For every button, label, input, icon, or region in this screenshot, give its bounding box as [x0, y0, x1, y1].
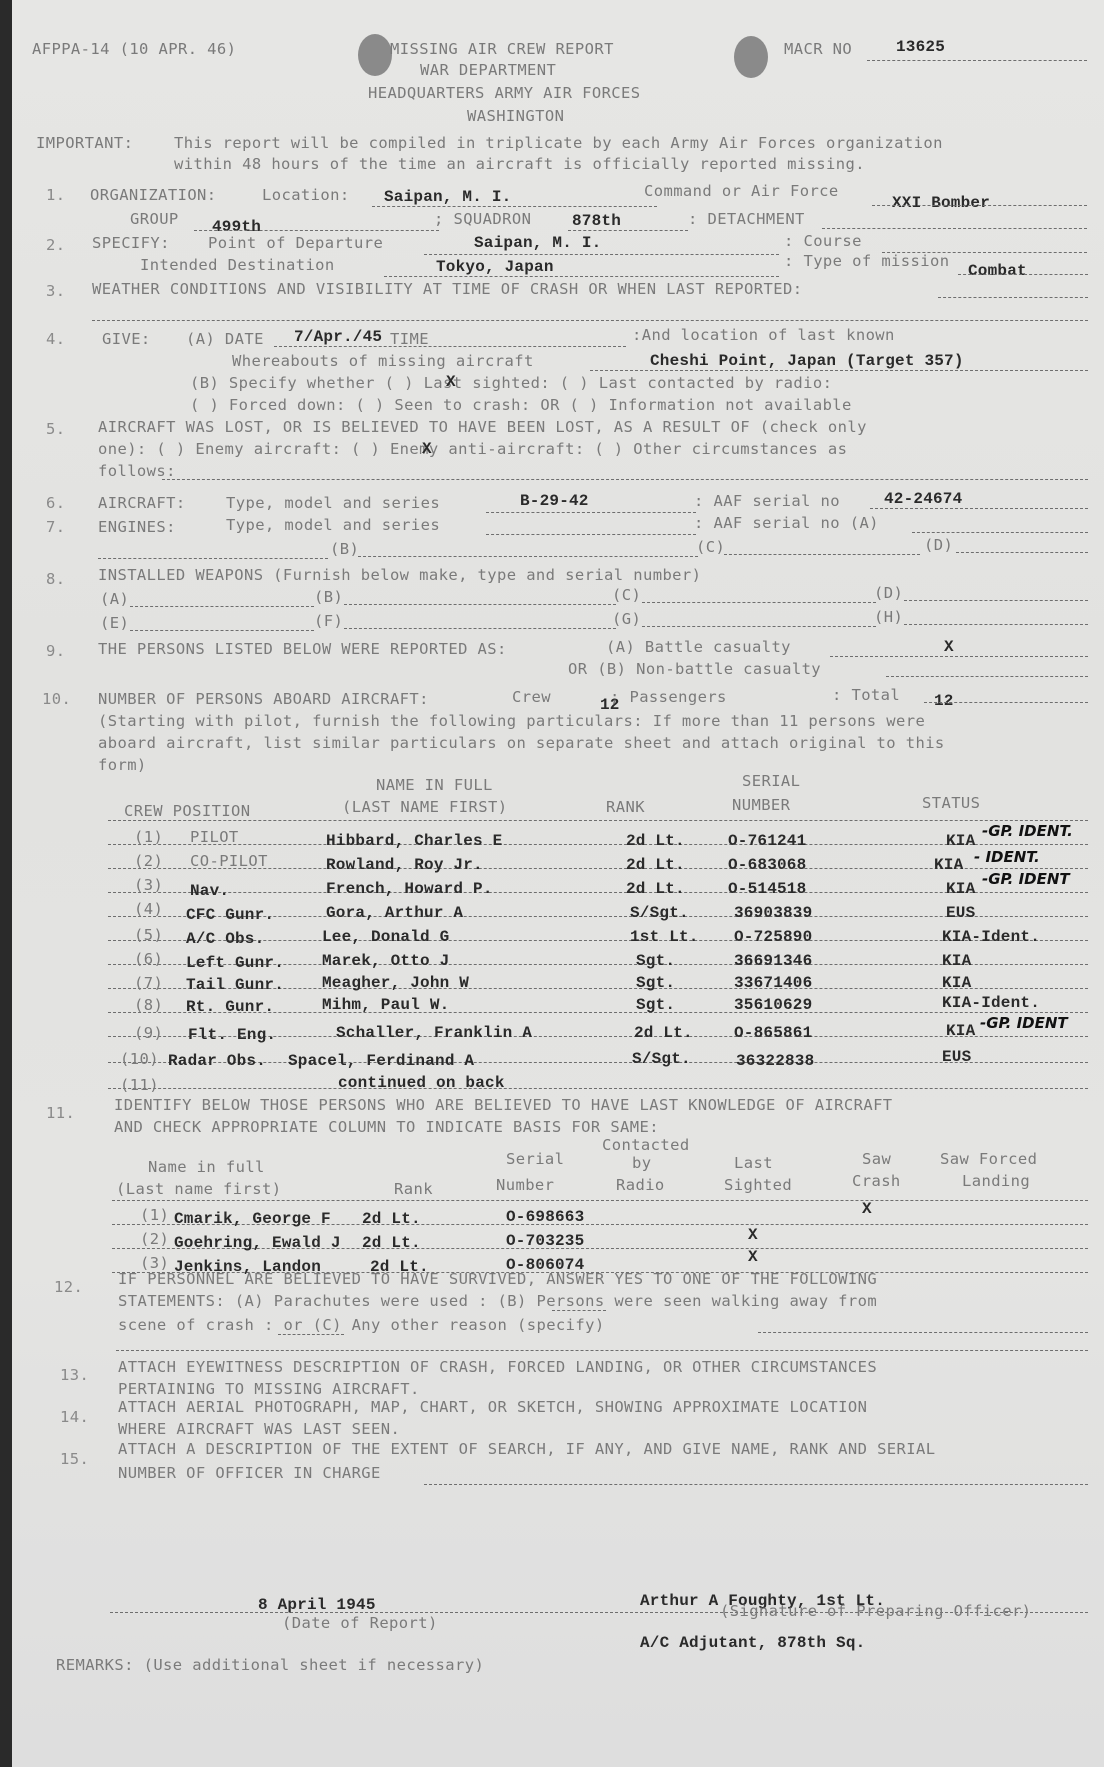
field-line [924, 702, 1088, 703]
crew-serial: O-725890 [734, 928, 812, 946]
eyewitness-line-2: PERTAINING TO MISSING AIRCRAFT. [118, 1380, 420, 1398]
col-name-in-full: NAME IN FULL [376, 776, 493, 794]
survived-line-3: scene of crash : or (C) Any other reason… [118, 1316, 605, 1334]
field-line [372, 206, 657, 207]
field-line [486, 534, 696, 535]
col-crew-position: CREW POSITION [124, 802, 251, 820]
battle-casualty-mark[interactable]: X [944, 638, 954, 656]
weapon-g-label: (G) [612, 610, 641, 628]
witness-serial: O-698663 [506, 1208, 584, 1226]
headquarters: HEADQUARTERS ARMY AIR FORCES [368, 84, 641, 102]
saw-crash-mark: X [862, 1200, 872, 1218]
survived-line-2: STATEMENTS: (A) Parachutes were used : (… [118, 1292, 877, 1310]
item-number: 9. [46, 642, 65, 660]
col-last-name-first: (Last name first) [116, 1180, 281, 1198]
crew-row-number: (1) [134, 828, 163, 846]
item-number: 6. [46, 494, 65, 512]
field-line [904, 600, 1088, 601]
weapon-e-label: (E) [100, 614, 129, 632]
squadron-value[interactable]: 878th [572, 212, 621, 230]
field-line [912, 532, 1088, 533]
crew-name: Marek, Otto J [322, 952, 449, 970]
departure-label: Point of Departure [208, 234, 383, 252]
crew-name: Spacel, Ferdinand A [288, 1052, 474, 1070]
whereabouts-label: Whereabouts of missing aircraft [232, 352, 534, 370]
item-number: 15. [60, 1450, 89, 1468]
missing-air-crew-report-form: AFPPA-14 (10 APR. 46) MISSING AIR CREW R… [12, 0, 1104, 1767]
destination-value[interactable]: Tokyo, Japan [436, 258, 554, 276]
field-line [886, 676, 1088, 677]
crew-status: KIA [946, 832, 975, 850]
col-serial: Serial [506, 1150, 564, 1168]
crew-position: Left Gunr. [186, 954, 284, 972]
crew-status: EUS [942, 1048, 971, 1066]
macr-label: MACR NO [784, 40, 852, 58]
field-line [130, 630, 314, 631]
survived-line-1: IF PERSONNEL ARE BELIEVED TO HAVE SURVIV… [118, 1270, 877, 1288]
col-contacted: Contacted [602, 1136, 690, 1154]
total-count[interactable]: 12 [934, 692, 954, 710]
non-battle-casualty-label: OR (B) Non-battle casualty [568, 660, 821, 678]
aircraft-type-value[interactable]: B-29-42 [520, 492, 589, 510]
group-label: GROUP [130, 210, 179, 228]
weapon-c-label: (C) [612, 586, 641, 604]
lost-cause-line-1: AIRCRAFT WAS LOST, OR IS BELIEVED TO HAV… [98, 418, 867, 436]
col-radio: Radio [616, 1176, 665, 1194]
crew-serial: 36322838 [736, 1052, 814, 1070]
crew-rank: 2d Lt. [626, 832, 685, 850]
total-label: : Total [832, 686, 900, 704]
crew-rank: Sgt. [636, 974, 675, 992]
crew-name: Hibbard, Charles E [326, 832, 502, 850]
item-number: 10. [42, 690, 71, 708]
crew-row-number: (7) [134, 974, 163, 992]
weapons-label: INSTALLED WEAPONS (Furnish below make, t… [98, 566, 701, 584]
crew-name: Gora, Arthur A [326, 904, 463, 922]
item-number: 12. [54, 1278, 83, 1296]
item-number: 3. [46, 282, 65, 300]
col-crash: Crash [852, 1172, 901, 1190]
crew-row-number: (6) [134, 950, 163, 968]
crew-position: Nav. [190, 882, 229, 900]
witness-serial: O-703235 [506, 1232, 584, 1250]
date-label: (A) DATE [186, 330, 264, 348]
crew-row-number: (9) [134, 1024, 163, 1042]
last-known-label: :And location of last known [632, 326, 895, 344]
field-line [424, 254, 779, 255]
crew-position: A/C Obs. [186, 930, 264, 948]
last-sighted-checkmark[interactable]: X [446, 373, 456, 391]
departure-value[interactable]: Saipan, M. I. [474, 234, 601, 252]
crew-name: Schaller, Franklin A [336, 1024, 532, 1042]
form-title: MISSING AIR CREW REPORT [390, 40, 614, 58]
col-saw: Saw [862, 1150, 891, 1168]
crew-serial: O-761241 [728, 832, 806, 850]
report-date: 8 April 1945 [258, 1596, 376, 1614]
last-sighted-mark: X [748, 1248, 758, 1266]
field-line [568, 230, 688, 231]
field-line [116, 1350, 1088, 1351]
field-line [424, 1484, 1088, 1485]
instructions-line-1: (Starting with pilot, furnish the follow… [98, 712, 925, 730]
last-knowledge-line-1: IDENTIFY BELOW THOSE PERSONS WHO ARE BEL… [114, 1096, 893, 1114]
field-line [384, 276, 779, 277]
signer-title: A/C Adjutant, 878th Sq. [640, 1634, 865, 1652]
witness-name: Cmarik, George F [174, 1210, 331, 1228]
photo-line-1: ATTACH AERIAL PHOTOGRAPH, MAP, CHART, OR… [118, 1398, 867, 1416]
field-line [642, 626, 876, 627]
item-number: 1. [46, 186, 65, 204]
field-line [872, 205, 1087, 206]
crew-position: Tail Gunr. [186, 976, 284, 994]
weapon-d-label: (D) [874, 584, 903, 602]
field-line [822, 228, 1087, 229]
witness-rank: 2d Lt. [362, 1234, 421, 1252]
crew-serial: 35610629 [734, 996, 812, 1014]
crew-serial: O-865861 [734, 1024, 812, 1042]
location-label: Location: [262, 186, 350, 204]
punch-hole-left [358, 34, 392, 76]
crew-status: KIA-Ident. [942, 928, 1040, 946]
crew-status: EUS [946, 904, 975, 922]
field-line [130, 606, 314, 607]
col-rank: RANK [606, 798, 645, 816]
instructions-line-3: form) [98, 756, 147, 774]
row-line [108, 892, 1088, 893]
field-line [830, 656, 1088, 657]
engines-label: ENGINES: [98, 518, 176, 536]
field-line [486, 512, 696, 513]
eyewitness-line-1: ATTACH EYEWITNESS DESCRIPTION OF CRASH, … [118, 1358, 877, 1376]
date-of-report-label: (Date of Report) [282, 1614, 438, 1632]
crew-name: Meagher, John W [322, 974, 469, 992]
department: WAR DEPARTMENT [420, 61, 556, 79]
handwritten-note: - IDENT. [974, 848, 1040, 866]
crew-serial: O-514518 [728, 880, 806, 898]
field-line [870, 508, 1088, 509]
location-value[interactable]: Saipan, M. I. [384, 188, 511, 206]
field-line [162, 479, 1088, 480]
squadron-label: ; SQUADRON [434, 210, 531, 228]
field-line [958, 274, 1088, 275]
crew-row-number: (8) [134, 996, 163, 1014]
give-label: GIVE: [102, 330, 151, 348]
macr-number: 13625 [896, 38, 945, 56]
crew-serial: 36903839 [734, 904, 812, 922]
crew-rank: S/Sgt. [632, 1050, 691, 1068]
battle-casualty-label: (A) Battle casualty [606, 638, 791, 656]
last-sighted-mark: X [748, 1226, 758, 1244]
crew-position: Rt. Gunr. [186, 998, 274, 1016]
crew-rank: 1st Lt. [630, 928, 699, 946]
field-line [194, 230, 439, 231]
crew-row-number: (11) [120, 1076, 159, 1094]
item-number: 4. [46, 330, 65, 348]
row-line [112, 1200, 1088, 1201]
command-label: Command or Air Force [644, 182, 839, 200]
witness-row-number: (2) [140, 1230, 169, 1248]
row-line [108, 820, 1088, 821]
persons-aboard-label: NUMBER OF PERSONS ABOARD AIRCRAFT: [98, 690, 429, 708]
crew-label: Crew [512, 688, 551, 706]
search-line-1: ATTACH A DESCRIPTION OF THE EXTENT OF SE… [118, 1440, 935, 1458]
crew-serial: 36691346 [734, 952, 812, 970]
lost-cause-line-2: one): ( ) Enemy aircraft: ( ) Enemy anti… [98, 440, 847, 458]
crew-position: Flt. Eng. [188, 1026, 276, 1044]
specify-label: SPECIFY: [92, 234, 170, 252]
field-line [92, 320, 1088, 321]
crew-status: KIA [946, 1022, 975, 1040]
crew-rank: Sgt. [636, 996, 675, 1014]
crew-status: KIA [942, 952, 971, 970]
col-serial: SERIAL [742, 772, 800, 790]
weather-label: WEATHER CONDITIONS AND VISIBILITY AT TIM… [92, 280, 802, 298]
col-by: by [632, 1154, 651, 1172]
field-line [98, 558, 328, 559]
specify-whether-line: (B) Specify whether ( ) Last sighted: ( … [190, 374, 832, 392]
item-number: 8. [46, 570, 65, 588]
organization-label: ORGANIZATION: [90, 186, 217, 204]
col-status: STATUS [922, 794, 980, 812]
weapon-f-label: (F) [314, 612, 343, 630]
field-line [758, 1332, 1088, 1333]
crew-position: Radar Obs. [168, 1052, 266, 1070]
weapon-b-label: (B) [314, 588, 343, 606]
crew-rank: S/Sgt. [630, 904, 689, 922]
item-number: 14. [60, 1408, 89, 1426]
crew-serial: 33671406 [734, 974, 812, 992]
crew-rank: 2d Lt. [634, 1024, 693, 1042]
row-line [108, 844, 1088, 845]
instructions-line-2: aboard aircraft, list similar particular… [98, 734, 945, 752]
course-label: : Course [784, 232, 862, 250]
anti-aircraft-checkmark[interactable]: X [422, 440, 432, 458]
engine-serial-label: : AAF serial no (A) [694, 514, 879, 532]
field-line [358, 556, 698, 557]
col-last-name-first: (LAST NAME FIRST) [342, 798, 507, 816]
col-rank: Rank [394, 1180, 433, 1198]
crew-position: PILOT [190, 828, 239, 846]
reported-as-label: THE PERSONS LISTED BELOW WERE REPORTED A… [98, 640, 507, 658]
crew-status: KIA [942, 974, 971, 992]
crew-name: French, Howard P. [326, 880, 493, 898]
field-line [938, 297, 1088, 298]
handwritten-note: -GP. IDENT. [982, 822, 1073, 840]
crew-row-number: (2) [134, 852, 163, 870]
city: WASHINGTON [467, 107, 564, 125]
photo-line-2: WHERE AIRCRAFT WAS LAST SEEN. [118, 1420, 400, 1438]
handwritten-note: -GP. IDENT [980, 1014, 1068, 1032]
row-line [108, 1088, 1088, 1089]
field-line [642, 602, 876, 603]
engine-type-label: Type, model and series [226, 516, 440, 534]
col-last: Last [734, 1154, 773, 1172]
detachment-label: : DETACHMENT [688, 210, 805, 228]
whereabouts-value[interactable]: Cheshi Point, Japan (Target 357) [650, 352, 964, 370]
crew-status: KIA [946, 880, 975, 898]
crew-status: KIA [934, 856, 963, 874]
col-landing: Landing [962, 1172, 1030, 1190]
crew-rank: 2d Lt. [626, 880, 685, 898]
crew-row-number: (3) [134, 876, 163, 894]
engine-c-label: (C) [696, 538, 725, 556]
form-id: AFPPA-14 (10 APR. 46) [32, 40, 236, 58]
command-value[interactable]: XXI Bomber [892, 194, 990, 212]
crew-serial: O-683068 [728, 856, 806, 874]
handwritten-note: -GP. IDENT [982, 870, 1070, 888]
field-line [590, 370, 1088, 371]
forced-down-line: ( ) Forced down: ( ) Seen to crash: OR (… [190, 396, 852, 414]
field-line [278, 1334, 344, 1335]
crew-name: Rowland, Roy Jr. [326, 856, 483, 874]
item-number: 5. [46, 420, 65, 438]
item-number: 13. [60, 1366, 89, 1384]
mission-label: : Type of mission [784, 252, 949, 270]
crew-name: Mihm, Paul W. [322, 996, 449, 1014]
item-number: 7. [46, 518, 65, 536]
crew-rank: Sgt. [636, 952, 675, 970]
aircraft-label: AIRCRAFT: [98, 494, 186, 512]
col-name-in-full: Name in full [148, 1158, 265, 1176]
weapon-a-label: (A) [100, 590, 129, 608]
engine-d-label: (D) [924, 536, 953, 554]
field-line [344, 628, 616, 629]
crew-position: CO-PILOT [190, 852, 268, 870]
weapon-h-label: (H) [874, 608, 903, 626]
remarks-label: REMARKS: (Use additional sheet if necess… [56, 1656, 484, 1674]
field-line [724, 554, 920, 555]
item-number: 11. [46, 1104, 75, 1122]
crew-row-number: (5) [134, 926, 163, 944]
important-line-1: This report will be compiled in triplica… [174, 134, 943, 152]
aircraft-type-label: Type, model and series [226, 494, 440, 512]
col-number: Number [496, 1176, 554, 1194]
aircraft-serial-value[interactable]: 42-24674 [884, 490, 962, 508]
field-line [552, 1310, 606, 1311]
col-sighted: Sighted [724, 1176, 792, 1194]
last-knowledge-line-2: AND CHECK APPROPRIATE COLUMN TO INDICATE… [114, 1118, 659, 1136]
scan-edge [0, 0, 12, 1767]
field-line [904, 624, 1088, 625]
date-value[interactable]: 7/Apr./45 [294, 328, 382, 346]
signature-label: (Signature of Preparing Officer) [720, 1602, 1031, 1620]
macr-line [867, 60, 1087, 61]
search-line-2: NUMBER OF OFFICER IN CHARGE [118, 1464, 381, 1482]
destination-label: Intended Destination [140, 256, 335, 274]
crew-row-number: (10) [120, 1050, 159, 1068]
crew-row-number: (4) [134, 900, 163, 918]
continued-on-back-note: continued on back [338, 1074, 505, 1092]
field-line [274, 346, 626, 347]
engine-b-label: (B) [330, 540, 359, 558]
field-line [344, 604, 616, 605]
aircraft-serial-label: : AAF serial no [694, 492, 840, 510]
crew-status: KIA-Ident. [942, 994, 1040, 1012]
item-number: 2. [46, 236, 65, 254]
col-number: NUMBER [732, 796, 790, 814]
important-line-2: within 48 hours of the time an aircraft … [174, 155, 865, 173]
field-line [956, 552, 1088, 553]
follows-label: follows: [98, 462, 176, 480]
crew-name: Lee, Donald G [322, 928, 449, 946]
important-label: IMPORTANT: [36, 134, 133, 152]
col-saw-forced: Saw Forced [940, 1150, 1037, 1168]
witness-name: Goehring, Ewald J [174, 1234, 341, 1252]
punch-hole-right [734, 36, 768, 78]
witness-rank: 2d Lt. [362, 1210, 421, 1228]
witness-row-number: (1) [140, 1206, 169, 1224]
mission-value[interactable]: Combat [968, 262, 1027, 280]
passengers-label: ; Passengers [610, 688, 727, 706]
crew-position: CFC Gunr. [186, 906, 274, 924]
crew-rank: 2d Lt. [626, 856, 685, 874]
